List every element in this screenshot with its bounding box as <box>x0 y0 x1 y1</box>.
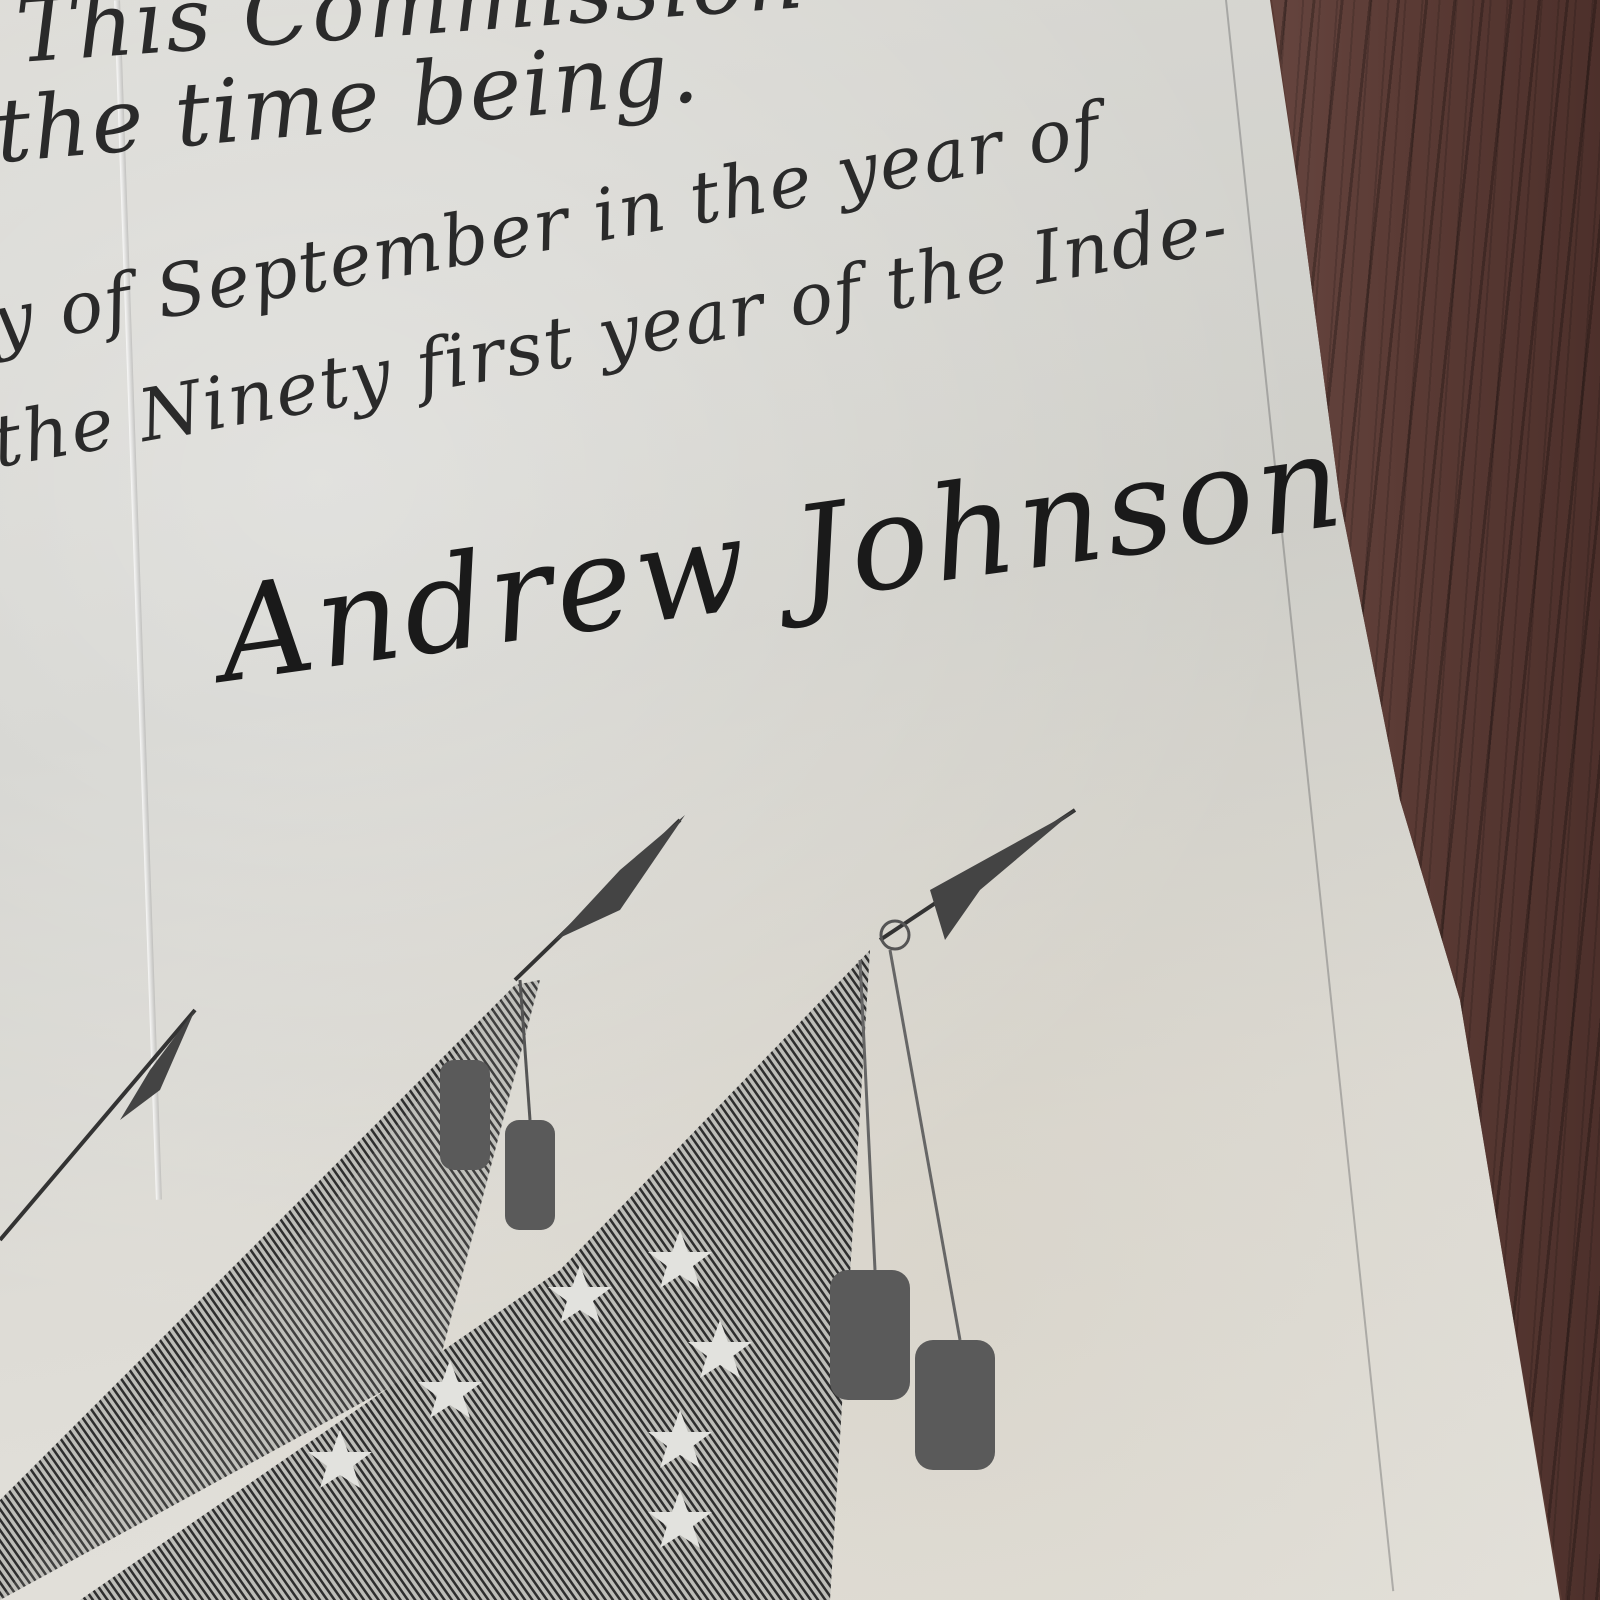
flag-engraving-icon <box>0 800 1100 1600</box>
photo-scene: This Commission the time being. y of Sep… <box>0 0 1600 1600</box>
signature-andrew-johnson: Andrew Johnson <box>209 404 1354 712</box>
